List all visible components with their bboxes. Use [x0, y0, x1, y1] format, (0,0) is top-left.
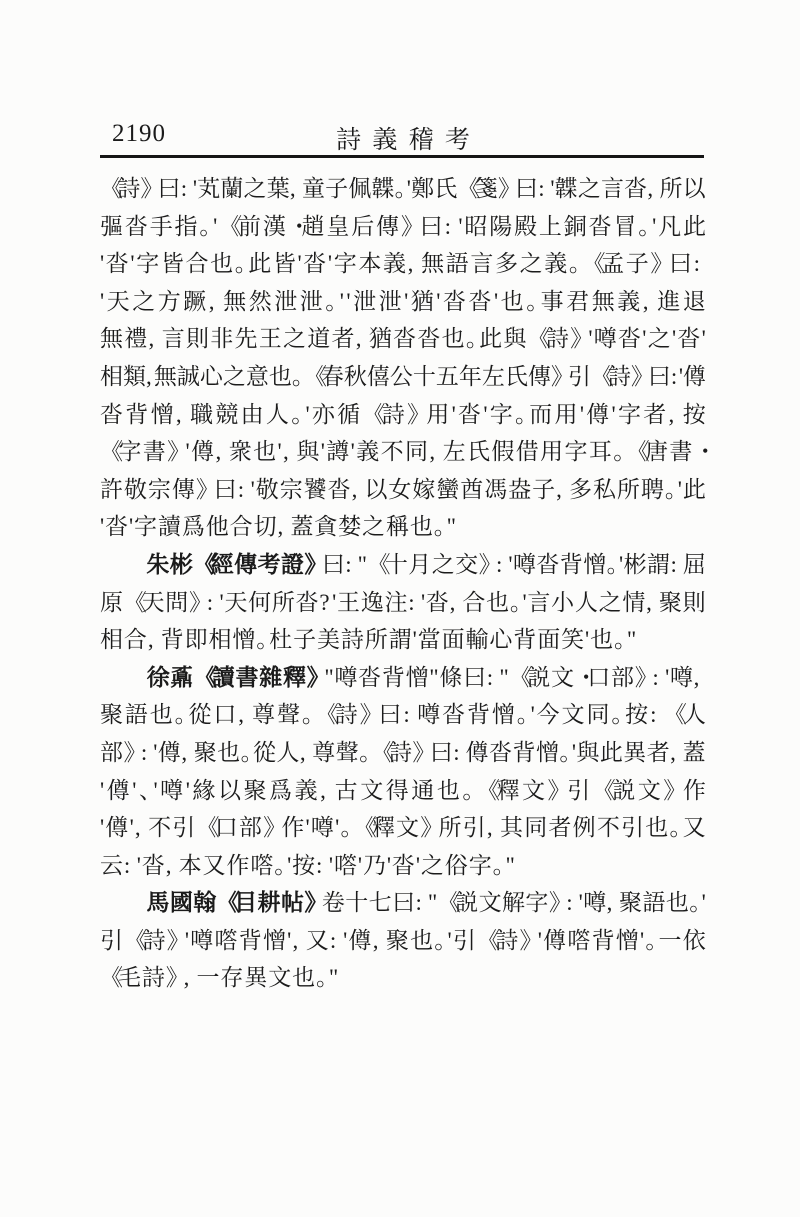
text-line: 引《詩》'噂㗳背憎',又:'僔,聚也。'引《詩》'僔㗳背憎'。一依 — [100, 922, 706, 960]
text-line: '沓'字讀爲他合切,蓋貪婪之稱也。" — [100, 508, 706, 546]
paragraph: 《詩》曰:'芄蘭之葉,童子佩韘。'鄭氏《箋》曰:'韘之言沓,所以彄沓手指。'《前… — [100, 170, 706, 546]
text-line: 徐鼒《讀書雜釋》"噂沓背憎"條曰:"《説文・口部》:'噂, — [100, 659, 706, 697]
text-line: 相類,無誠心之意也。《春秋僖公十五年左氏傳》引《詩》曰:'僔 — [100, 358, 706, 396]
header-rule — [100, 155, 704, 158]
paragraph: 徐鼒《讀書雜釋》"噂沓背憎"條曰:"《説文・口部》:'噂,聚語也。從口,尊聲。《… — [100, 659, 706, 885]
text-line: 聚語也。從口,尊聲。《詩》曰:噂沓背憎。'今文同。按:《人 — [100, 696, 706, 734]
book-title: 詩義稽考 — [100, 120, 706, 156]
body-text: 《詩》曰:'芄蘭之葉,童子佩韘。'鄭氏《箋》曰:'韘之言沓,所以彄沓手指。'《前… — [100, 170, 706, 997]
text-line: 沓背憎,職競由人。'亦循《詩》用'沓'字。而用'僔'字者,按 — [100, 396, 706, 434]
text-line: 無禮,言則非先王之道者,猶沓沓也。此與《詩》'噂沓'之'沓' — [100, 320, 706, 358]
text-line: '僔',不引《口部》作'噂'。《釋文》所引,其同者例不引也。又 — [100, 809, 706, 847]
text-line: '僔'、'噂'緣以聚爲義,古文得通也。《釋文》引《説文》作 — [100, 772, 706, 810]
text-line: '天之方蹶,無然泄泄。''泄泄'猶'沓沓'也。事君無義,進退 — [100, 283, 706, 321]
text-line: 原《天問》:'天何所沓?'王逸注:'沓,合也。'言小人之情,聚則 — [100, 584, 706, 622]
text-line: 彄沓手指。'《前漢・趙皇后傳》曰:'昭陽殿上銅沓冒。'凡此 — [100, 208, 706, 246]
text-line: 朱彬《經傳考證》曰:"《十月之交》:'噂沓背憎。'彬謂:屈 — [100, 546, 706, 584]
text-line: 《字書》'僔,衆也',與'譐'義不同,左氏假借用字耳。《唐書・ — [100, 433, 706, 471]
scanned-book-page: 2190 詩義稽考 《詩》曰:'芄蘭之葉,童子佩韘。'鄭氏《箋》曰:'韘之言沓,… — [0, 0, 800, 1217]
text-line: '沓'字皆合也。此皆'沓'字本義,無語言多之義。《孟子》曰: — [100, 245, 706, 283]
paragraph: 朱彬《經傳考證》曰:"《十月之交》:'噂沓背憎。'彬謂:屈原《天問》:'天何所沓… — [100, 546, 706, 659]
text-line: 部》:'僔,聚也。從人,尊聲。《詩》曰:僔沓背憎。'與此異者,蓋 — [100, 734, 706, 772]
text-line: 許敬宗傳》曰:'敬宗饕沓,以女嫁蠻酋馮盎子,多私所聘。'此 — [100, 471, 706, 509]
text-line: 馬國翰《目耕帖》卷十七曰:"《説文解字》:'噂,聚語也。' — [100, 884, 706, 922]
text-line: 云:'沓,本又作㗳。'按:'㗳'乃'沓'之俗字。" — [100, 847, 706, 885]
running-header: 2190 詩義稽考 — [100, 118, 706, 158]
text-line: 相合,背即相憎。杜子美詩所謂'當面輸心背面笑'也。" — [100, 621, 706, 659]
paragraph: 馬國翰《目耕帖》卷十七曰:"《説文解字》:'噂,聚語也。'引《詩》'噂㗳背憎',… — [100, 884, 706, 997]
text-line: 《詩》曰:'芄蘭之葉,童子佩韘。'鄭氏《箋》曰:'韘之言沓,所以 — [100, 170, 706, 208]
text-line: 《毛詩》,一存異文也。" — [100, 959, 706, 997]
